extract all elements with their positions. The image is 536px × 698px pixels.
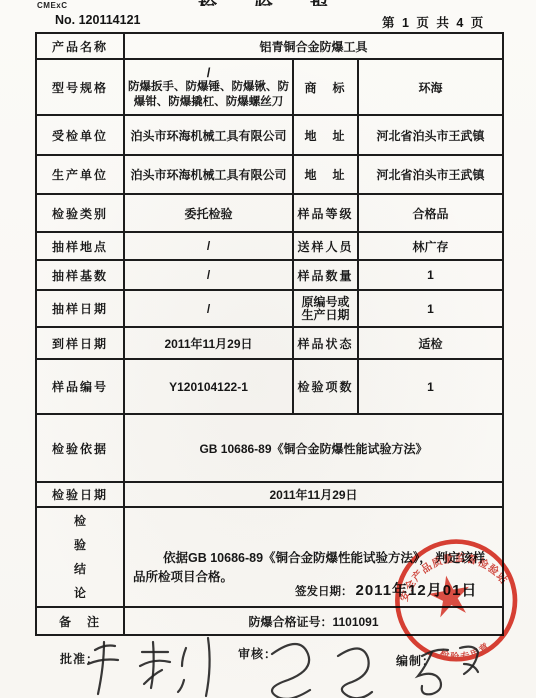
sample-qty-label: 样品数量 (293, 260, 358, 290)
producer-label: 生产单位 (36, 155, 124, 194)
issue-date-label: 签发日期： (295, 586, 353, 598)
sampling-place-value: / (124, 232, 293, 260)
inspection-date-value: 2011年11月29日 (124, 482, 503, 507)
preparer-signature (418, 647, 478, 695)
sample-sender-label: 送样人员 (293, 232, 358, 260)
items-count-value: 1 (358, 359, 503, 414)
inspection-basis-value: GB 10686-89《铜合金防爆性能试验方法》 (124, 414, 503, 482)
cmexc-logo: CMExC (37, 1, 68, 10)
arrival-date-label: 到样日期 (36, 327, 124, 359)
row-sampling-date: 抽样日期 / 原编号或 生产日期 1 (36, 290, 503, 327)
row-product-name: 产品名称 铝青铜合金防爆工具 (36, 33, 503, 59)
producer-address-label: 地 址 (293, 155, 358, 194)
model-spec-tools: 防爆扳手、防爆锤、防爆锹、防爆钳、防爆撬杠、防爆螺丝刀 (127, 80, 290, 110)
approver-signature (88, 638, 210, 696)
brand-value: 环海 (358, 59, 503, 115)
row-model-spec: 型号规格 / 防爆扳手、防爆锤、防爆锹、防爆钳、防爆撬杠、防爆螺丝刀 商 标 环… (36, 59, 503, 115)
sample-state-label: 样品状态 (293, 327, 358, 359)
sample-grade-value: 合格品 (358, 194, 503, 232)
brand-label: 商 标 (293, 59, 358, 115)
original-no-value: 1 (358, 290, 503, 327)
inspection-type-label: 检验类别 (36, 194, 124, 232)
inspected-unit-label: 受检单位 (36, 115, 124, 155)
original-no-label: 原编号或 生产日期 (293, 290, 358, 327)
row-inspection-type: 检验类别 委托检验 样品等级 合格品 (36, 194, 503, 232)
sampling-date-label: 抽样日期 (36, 290, 124, 327)
handwritten-signatures (40, 632, 510, 698)
conclusion-label: 检 验 结 论 (36, 507, 124, 607)
sample-no-value: Y120104122-1 (124, 359, 293, 414)
report-title-clipped: 检 验 报 告 (198, 0, 348, 6)
row-inspection-basis: 检验依据 GB 10686-89《铜合金防爆性能试验方法》 (36, 414, 503, 482)
product-name-value: 铝青铜合金防爆工具 (124, 33, 503, 59)
stamp-star-icon (426, 572, 473, 619)
inspection-date-label: 检验日期 (36, 482, 124, 507)
sampling-base-value: / (124, 260, 293, 290)
report-title-text: 检 验 报 告 (198, 0, 348, 6)
model-spec-slash: / (127, 65, 290, 80)
scanned-report-page: CMExC 检 验 报 告 No. 120114121 第 1 页 共 4 页 … (0, 0, 536, 698)
inspected-unit-address-value: 河北省泊头市王武镇 (358, 115, 503, 155)
sample-sender-value: 林广存 (358, 232, 503, 260)
product-name-label: 产品名称 (36, 33, 124, 59)
model-spec-value: / 防爆扳手、防爆锤、防爆锹、防爆钳、防爆撬杠、防爆螺丝刀 (124, 59, 293, 115)
row-sampling-base: 抽样基数 / 样品数量 1 (36, 260, 503, 290)
producer-value: 泊头市环海机械工具有限公司 (124, 155, 293, 194)
arrival-date-value: 2011年11月29日 (124, 327, 293, 359)
sample-grade-label: 样品等级 (293, 194, 358, 232)
row-arrival-date: 到样日期 2011年11月29日 样品状态 适检 (36, 327, 503, 359)
model-spec-label: 型号规格 (36, 59, 124, 115)
row-producer: 生产单位 泊头市环海机械工具有限公司 地 址 河北省泊头市王武镇 (36, 155, 503, 194)
sample-qty-value: 1 (358, 260, 503, 290)
sampling-base-label: 抽样基数 (36, 260, 124, 290)
inspected-unit-value: 泊头市环海机械工具有限公司 (124, 115, 293, 155)
row-inspected-unit: 受检单位 泊头市环海机械工具有限公司 地 址 河北省泊头市王武镇 (36, 115, 503, 155)
items-count-label: 检验项数 (293, 359, 358, 414)
report-number: No. 120114121 (55, 13, 141, 27)
row-inspection-date: 检验日期 2011年11月29日 (36, 482, 503, 507)
producer-address-value: 河北省泊头市王武镇 (358, 155, 503, 194)
remark-label: 备 注 (36, 607, 124, 635)
sampling-date-value: / (124, 290, 293, 327)
reviewer-signature (272, 644, 372, 698)
row-sample-no: 样品编号 Y120104122-1 检验项数 1 (36, 359, 503, 414)
sample-no-label: 样品编号 (36, 359, 124, 414)
page-indicator: 第 1 页 共 4 页 (382, 13, 485, 31)
row-sampling-place: 抽样地点 / 送样人员 林广存 (36, 232, 503, 260)
sample-state-value: 适检 (358, 327, 503, 359)
inspection-type-value: 委托检验 (124, 194, 293, 232)
inspected-unit-address-label: 地 址 (293, 115, 358, 155)
inspection-basis-label: 检验依据 (36, 414, 124, 482)
sampling-place-label: 抽样地点 (36, 232, 124, 260)
